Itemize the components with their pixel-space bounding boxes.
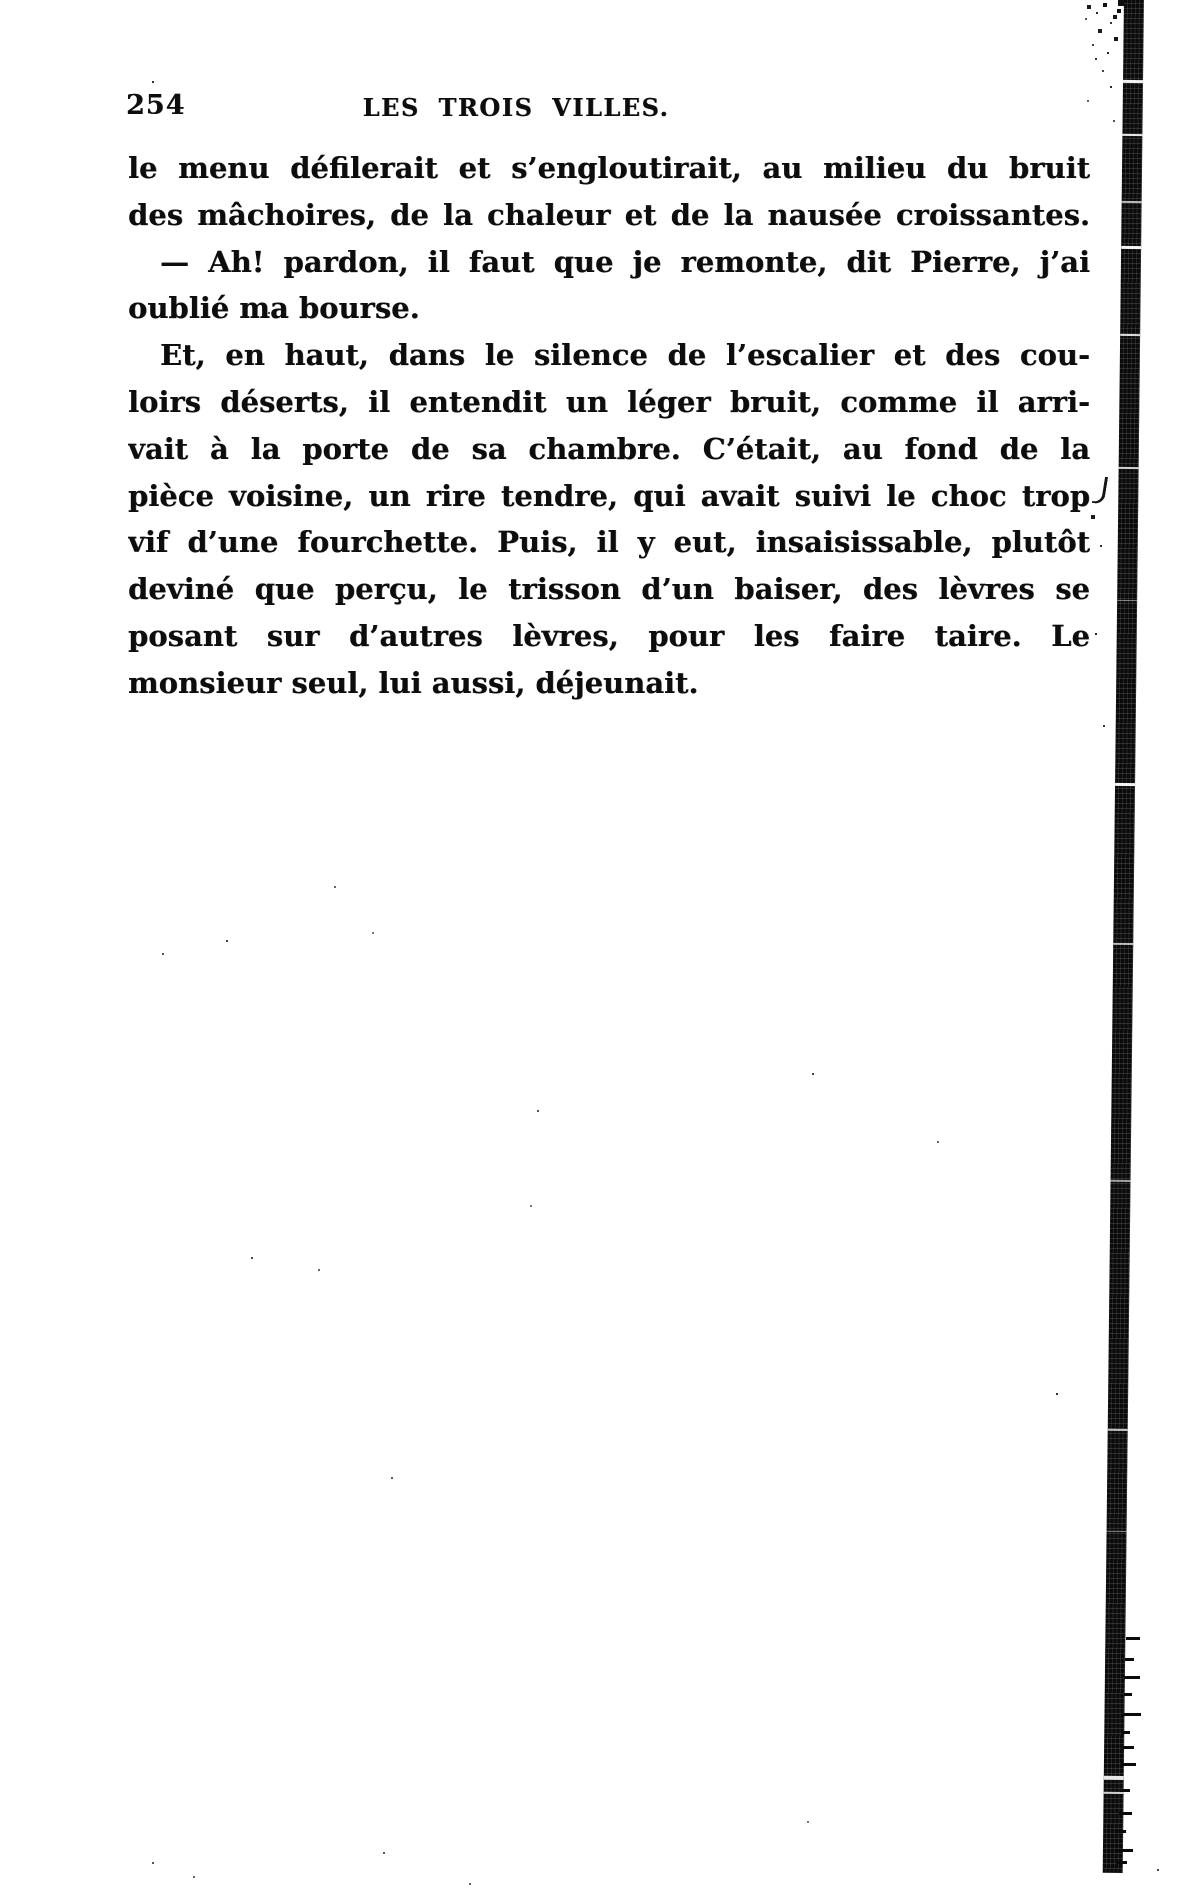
- book-page-scan: 254 LES TROIS VILLES. le menu défilerait…: [0, 0, 1200, 1900]
- text-line: oublié ma bourse.: [128, 285, 1090, 332]
- bar-gap: [1119, 467, 1139, 469]
- bar-gap: [1122, 201, 1142, 203]
- text-line: monsieur seul, lui aussi, déjeunait.: [128, 660, 1090, 707]
- bar-streak: [1123, 1713, 1141, 1716]
- text-line: des mâchoires, de la chaleur et de la na…: [128, 192, 1090, 239]
- bar-streak: [1125, 1658, 1134, 1661]
- text-line: deviné que perçu, le trisson d’un baiser…: [128, 566, 1090, 613]
- scan-specks: [152, 81, 154, 83]
- text-line: posant sur d’autres lèvres, pour les fai…: [128, 613, 1090, 660]
- text-line: vait à la porte de sa chambre. C’était, …: [128, 426, 1090, 473]
- text-line: Et, en haut, dans le silence de l’escali…: [128, 332, 1090, 379]
- text-line: vif d’une fourchette. Puis, il y eut, in…: [128, 519, 1090, 566]
- bar-streak: [1122, 1746, 1134, 1749]
- bar-streak: [1117, 1849, 1133, 1852]
- bar-streak: [1122, 1731, 1130, 1734]
- bar-streak: [1121, 1763, 1136, 1766]
- bar-gap: [1108, 1429, 1128, 1431]
- bar-streak: [1126, 1637, 1140, 1640]
- text-line: — Ah! pardon, il faut que je remonte, di…: [128, 239, 1090, 286]
- scan-speck-squiggle: [1092, 475, 1108, 505]
- bar-gap: [1121, 246, 1141, 249]
- bar-streak: [1124, 1676, 1140, 1679]
- text-line: le menu défilerait et s’engloutirait, au…: [128, 145, 1090, 192]
- bar-streak: [1116, 1861, 1127, 1864]
- bar-gap: [1107, 1531, 1127, 1532]
- bar-streak: [1118, 1830, 1126, 1833]
- bar-gap: [1113, 943, 1133, 945]
- page-number: 254: [126, 90, 185, 121]
- bar-gap: [1122, 134, 1142, 136]
- corner-noise: [1080, 0, 1082, 2]
- running-title: LES TROIS VILLES.: [363, 93, 670, 122]
- text-line: loirs déserts, il entendit un léger brui…: [128, 379, 1090, 426]
- scan-gutter-bar: [1103, 0, 1144, 1873]
- bar-gap: [1117, 600, 1137, 601]
- bar-streak: [1120, 1789, 1130, 1792]
- bar-gap: [1111, 1180, 1131, 1182]
- bar-gap: [1104, 1792, 1124, 1794]
- bar-gap: [1115, 783, 1135, 786]
- bar-gap: [1120, 334, 1140, 336]
- text-line: pièce voisine, un rire tendre, qui avait…: [128, 473, 1090, 520]
- bar-streak: [1124, 1693, 1132, 1696]
- bar-gap: [1104, 1776, 1124, 1780]
- body-text: le menu défilerait et s’engloutirait, au…: [128, 145, 1090, 707]
- bar-streak: [1119, 1812, 1132, 1815]
- bar-gap: [1123, 80, 1143, 83]
